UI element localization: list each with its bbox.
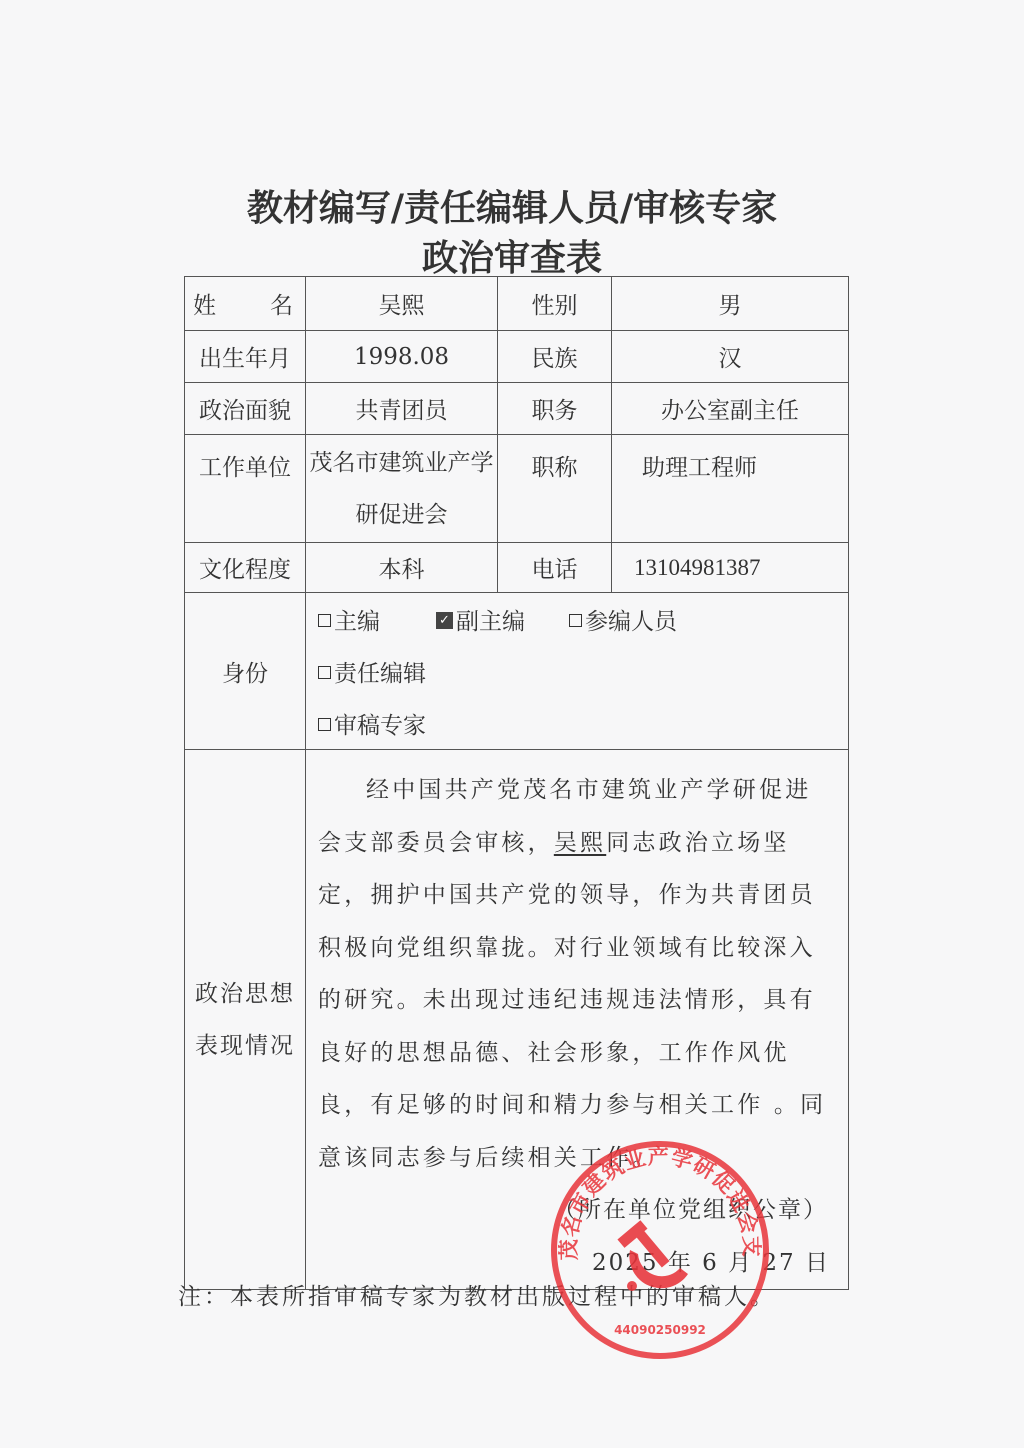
position-label: 职务 [498, 383, 612, 435]
title-value: 助理工程师 [612, 435, 849, 543]
identity-option-deputy-chief-editor[interactable]: ✓ 副主编 [436, 603, 525, 636]
option-label: 审稿专家 [334, 707, 426, 740]
identity-option-review-expert[interactable]: 审稿专家 [318, 707, 426, 740]
seal-note: （所在单位党组织公章） [318, 1184, 830, 1237]
option-label: 主编 [334, 603, 380, 636]
checkbox-unchecked-icon[interactable] [569, 614, 582, 627]
statement-body: 经中国共产党茂名市建筑业产学研促进会支部委员会审核，吴熙同志政治立场坚定，拥护中… [318, 764, 830, 1184]
ethnicity-label: 民族 [498, 331, 612, 383]
review-form-table: 姓 名 吴熙 性别 男 出生年月 1998.08 民族 汉 政治面貌 共青团员 … [184, 276, 849, 1290]
employer-value: 茂名市建筑业产学研促进会 [306, 435, 498, 543]
name-label-char2: 名 [270, 287, 293, 320]
option-label: 参编人员 [585, 603, 677, 636]
date-year: 2025 [592, 1250, 659, 1276]
checkbox-unchecked-icon[interactable] [318, 614, 331, 627]
identity-option-contributor[interactable]: 参编人员 [569, 603, 677, 636]
statement-part2: 同志政治立场坚定，拥护中国共产党的领导，作为共青团员积极向党组织靠拢。对行业领域… [318, 830, 826, 1171]
statement-name-underlined: 吴熙 [554, 830, 606, 856]
row-name-gender: 姓 名 吴熙 性别 男 [185, 277, 849, 331]
ideology-statement: 经中国共产党茂名市建筑业产学研促进会支部委员会审核，吴熙同志政治立场坚定，拥护中… [306, 750, 849, 1290]
identity-option-responsible-editor[interactable]: 责任编辑 [318, 655, 426, 688]
ideology-label-line2: 表现情况 [185, 1020, 305, 1072]
birth-label: 出生年月 [185, 331, 306, 383]
checkbox-unchecked-icon[interactable] [318, 666, 331, 679]
name-label-cell: 姓 名 [185, 277, 306, 331]
title-label: 职称 [498, 435, 612, 543]
political-label: 政治面貌 [185, 383, 306, 435]
education-label: 文化程度 [185, 543, 306, 593]
date-day: 27 [762, 1250, 795, 1276]
checkbox-unchecked-icon[interactable] [318, 718, 331, 731]
employer-label: 工作单位 [185, 435, 306, 543]
position-value: 办公室副主任 [612, 383, 849, 435]
gender-value: 男 [612, 277, 849, 331]
option-label: 副主编 [456, 603, 525, 636]
option-label: 责任编辑 [334, 655, 426, 688]
identity-options: 主编 ✓ 副主编 参编人员 责任编辑 [306, 593, 849, 750]
row-ideology: 政治思想 表现情况 经中国共产党茂名市建筑业产学研促进会支部委员会审核，吴熙同志… [185, 750, 849, 1290]
date-month: 6 [702, 1250, 719, 1276]
ethnicity-value: 汉 [612, 331, 849, 383]
row-identity: 身份 主编 ✓ 副主编 参编人员 责任编辑 [185, 593, 849, 750]
footnote: 注：本表所指审稿专家为教材出版过程中的审稿人。 [178, 1278, 776, 1311]
row-education-phone: 文化程度 本科 电话 13104981387 [185, 543, 849, 593]
identity-label: 身份 [185, 593, 306, 750]
phone-value: 13104981387 [612, 543, 849, 593]
ideology-label: 政治思想 表现情况 [185, 750, 306, 1290]
education-value: 本科 [306, 543, 498, 593]
row-political-position: 政治面貌 共青团员 职务 办公室副主任 [185, 383, 849, 435]
birth-value: 1998.08 [306, 331, 498, 383]
row-birth-ethnicity: 出生年月 1998.08 民族 汉 [185, 331, 849, 383]
checkbox-checked-icon[interactable]: ✓ [436, 612, 453, 629]
date-year-unit: 年 [668, 1250, 693, 1276]
gender-label: 性别 [498, 277, 612, 331]
document-title-line1: 教材编写/责任编辑人员/审核专家 [0, 180, 1024, 231]
seal-code: 44090250992 [614, 1323, 706, 1337]
political-value: 共青团员 [306, 383, 498, 435]
identity-option-chief-editor[interactable]: 主编 [318, 603, 380, 636]
phone-label: 电话 [498, 543, 612, 593]
ideology-label-line1: 政治思想 [185, 968, 305, 1020]
document-title-line2: 政治审查表 [0, 230, 1024, 281]
name-label-char1: 姓 [193, 287, 216, 320]
date-month-unit: 月 [728, 1250, 753, 1276]
name-value: 吴熙 [306, 277, 498, 331]
row-employer-title: 工作单位 茂名市建筑业产学研促进会 职称 助理工程师 [185, 435, 849, 543]
date-day-unit: 日 [805, 1250, 830, 1276]
